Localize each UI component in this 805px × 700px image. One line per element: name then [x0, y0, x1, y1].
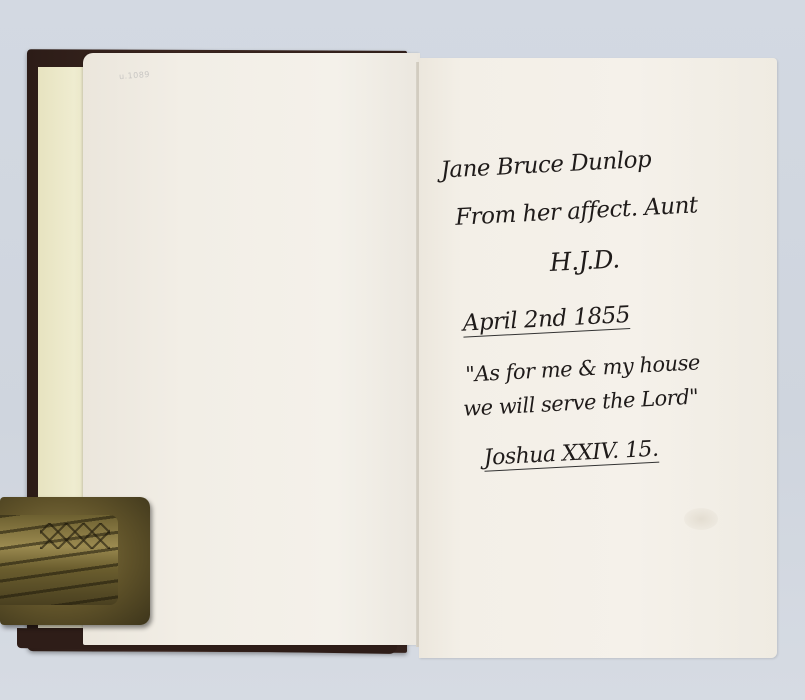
inscription-quote-line2: we will serve the Lord" — [463, 386, 699, 419]
right-page: Jane Bruce Dunlop From her affect. Aunt … — [419, 58, 777, 658]
inscription-quote-line1: "As for me & my house — [465, 352, 700, 385]
foxing-spot — [684, 508, 718, 530]
inscription-reference: Joshua XXIV. 15. — [483, 439, 659, 472]
inscription-initials: H.J.D. — [549, 246, 620, 275]
brass-bookweight — [0, 497, 150, 625]
bookweight-hand-relief — [0, 515, 118, 605]
inscription-recipient: Jane Bruce Dunlop — [440, 149, 652, 183]
inscription-from: From her affect. Aunt — [455, 194, 699, 230]
bookweight-cuff-lattice — [40, 523, 110, 549]
pencil-note: u.1089 — [119, 70, 151, 81]
photo-scene: u.1089 Jane Bruce Dunlop From her affect… — [0, 0, 805, 700]
inscription-date: April 2nd 1855 — [462, 304, 630, 338]
handwritten-inscription: Jane Bruce Dunlop From her affect. Aunt … — [433, 120, 773, 138]
